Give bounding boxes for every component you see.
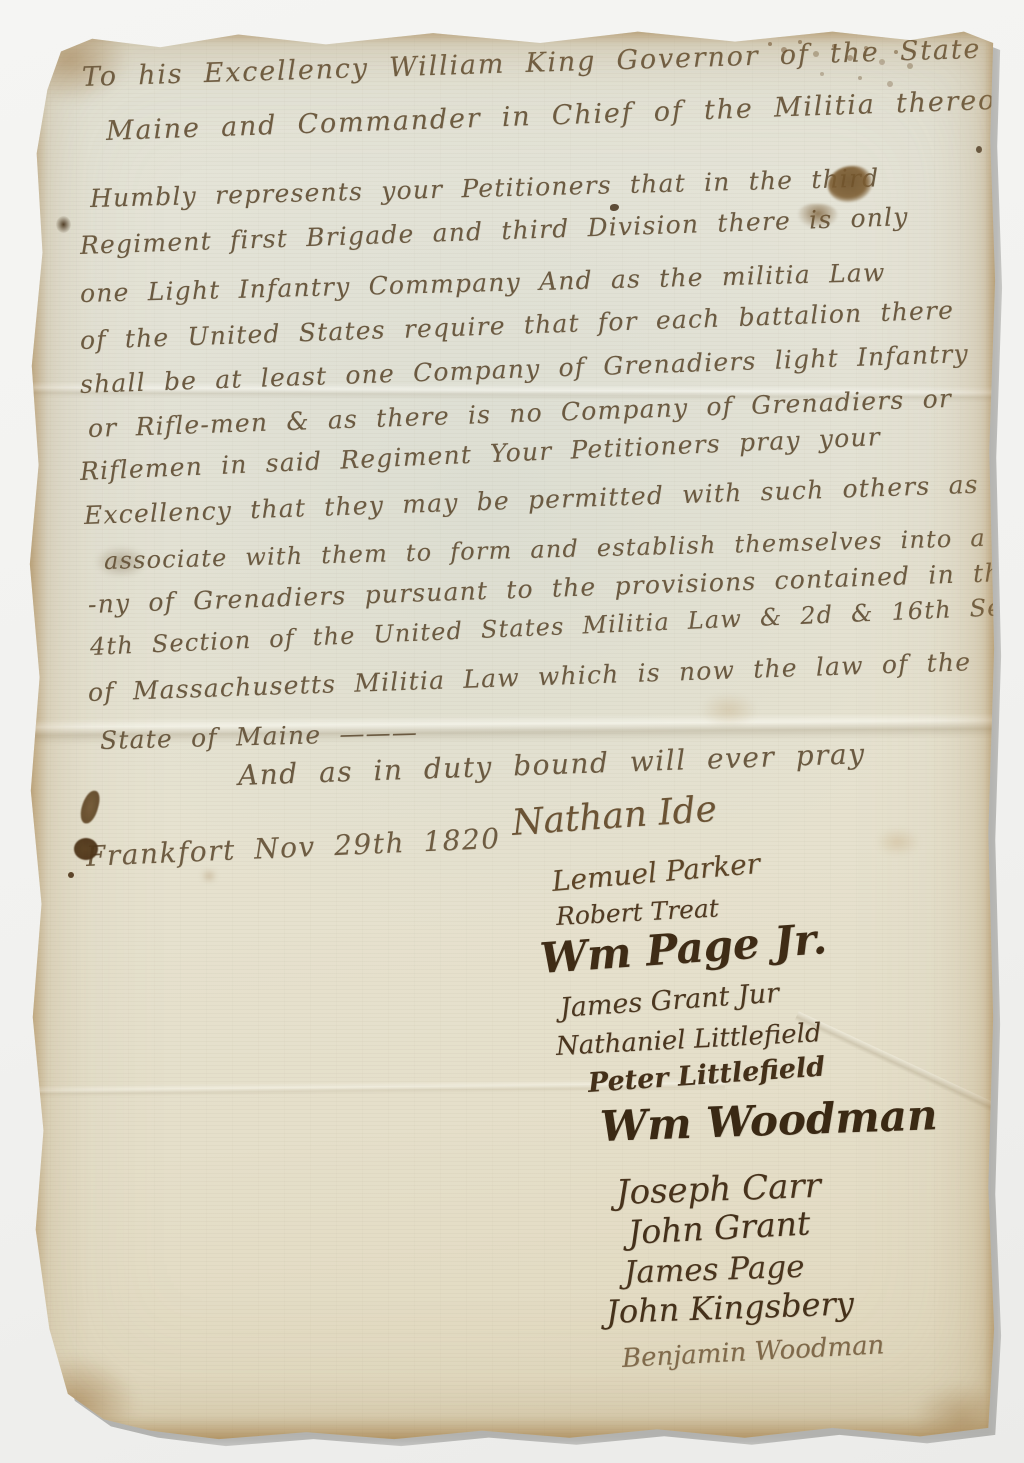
signature-james-page: James Page [623,1252,805,1289]
body-line-12: of Massachusetts Militia Law which is no… [88,649,972,705]
signature-nathan-ide: Nathan Ide [511,792,718,842]
ink-blot-teardrop [78,789,102,826]
scanned-document-view: { "doc": { "kind": "handwritten petition… [0,0,1024,1463]
ink-dot-mid [610,204,619,211]
signature-lemuel-parker: Lemuel Parker [551,850,761,896]
heading-line-2: Maine and Commander in Chief of the Mili… [106,83,1024,145]
ink-blot-small [68,872,74,878]
body-line-13: State of Maine ——— [100,720,419,753]
body-line-3: one Light Infantry Commpany And as the m… [80,260,886,306]
ink-dot-right-margin [976,146,982,153]
signature-peter-littlefield: Peter Littlefield [587,1053,826,1097]
paper-corner-stain-bottom-left [8,1354,138,1454]
heading-line-1: To his Excellency William King Governor … [82,34,1024,91]
paper-edge-left [24,26,48,1442]
manuscript-page: To his Excellency William King Governor … [24,26,998,1442]
dateline: Frankfort Nov 29th 1820 [85,825,501,871]
body-line-2: Regiment first Brigade and third Divisio… [80,204,909,258]
foxing-spot-3 [202,870,216,882]
signature-james-grant-jur: James Grant Jur [559,980,780,1022]
signature-wm-woodman: Wm Woodman [599,1094,938,1148]
foxing-spot-2 [876,828,920,856]
body-line-1: Humbly represents your Petitioners that … [90,165,880,211]
foxing-spot-1 [700,692,758,728]
signature-john-kingsbery: John Kingsbery [605,1287,854,1328]
signature-benjamin-woodman: Benjamin Woodman [621,1332,885,1372]
ink-dot-left-margin [56,216,71,233]
signature-john-grant: John Grant [627,1206,811,1249]
